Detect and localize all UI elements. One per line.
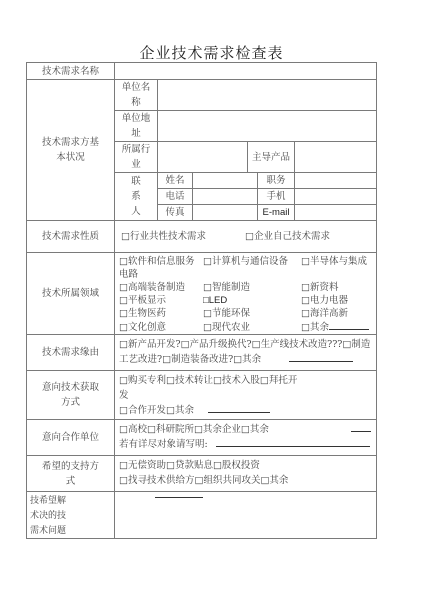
reason-line-1[interactable]: □新产品开发?□产品升级换代?□生产线技术改造???□制造 xyxy=(119,337,372,352)
label-demand-nature: 技术需求性质 xyxy=(26,220,115,253)
label-industry: 所属行业 xyxy=(114,141,158,173)
label-contact-mobile: 手机 xyxy=(257,188,295,205)
partner-line-1[interactable]: □高校□科研院所□其余企业□其余 xyxy=(119,424,269,435)
checkbox-semiconductor[interactable]: □半导体与集成 xyxy=(301,255,367,268)
other-reason-line[interactable] xyxy=(289,352,353,362)
tech-problem-field[interactable] xyxy=(114,491,377,539)
reason-line-2[interactable]: 工艺改进?□制造装备改进?□其余 xyxy=(119,354,261,365)
other-partner-line[interactable] xyxy=(351,422,371,432)
form-title: 企业技术需求检查表 xyxy=(0,42,423,63)
checkbox-high-end-equipment[interactable]: □高端装备制造 xyxy=(119,281,203,294)
label-tech-field: 技术所属领域 xyxy=(26,252,115,335)
contact-name-field[interactable] xyxy=(192,172,258,189)
label-partner: 意向合作单位 xyxy=(26,419,115,456)
checkbox-flat-display[interactable]: □平板显示 xyxy=(119,294,203,307)
contact-mobile-field[interactable] xyxy=(294,188,377,205)
label-unit-name: 单位名称 xyxy=(114,79,158,111)
unit-address-field[interactable] xyxy=(157,110,377,142)
label-unit-address: 单位地址 xyxy=(114,110,158,142)
acquire-line-1[interactable]: □购买专利□技术转让□技术入股□拜托开 xyxy=(119,373,372,388)
field-options: □软件和信息服务□计算机与通信设备□半导体与集成 电路 □高端装备制造□智能制造… xyxy=(114,252,377,335)
unit-name-field[interactable] xyxy=(157,79,377,111)
label-contact-title: 职务 xyxy=(257,172,295,189)
label-demand-name: 技术需求名称 xyxy=(26,62,115,80)
reason-options: □新产品开发?□产品升级换代?□生产线技术改造???□制造 工艺改进?□制造装备… xyxy=(114,334,377,371)
checkbox-biomedicine[interactable]: □生物医药 xyxy=(119,307,203,320)
label-basic-info: 技术需求方基本状况 xyxy=(26,79,115,221)
other-field-line[interactable] xyxy=(329,320,369,330)
partner-options: □高校□科研院所□其余企业□其余 若有详尽对象请写明: xyxy=(114,419,377,456)
acquire-options: □购买专利□技术转让□技术入股□拜托开 发 □合作开发□其余 xyxy=(114,370,377,420)
label-contact-fax: 传真 xyxy=(157,204,193,221)
support-line-1[interactable]: □无偿资助□贷款贴息□股权投资 xyxy=(119,458,372,473)
label-main-product: 主导产品 xyxy=(247,141,295,173)
support-options: □无偿资助□贷款贴息□股权投资 □找寻技术供给方□组织共同攻关□其余 xyxy=(114,455,377,492)
contact-phone-field[interactable] xyxy=(192,188,258,205)
support-line-2[interactable]: □找寻技术供给方□组织共同攻关□其余 xyxy=(119,475,288,486)
contact-email-field[interactable] xyxy=(294,204,377,221)
acquire-line-3[interactable]: □合作开发□其余 xyxy=(119,405,194,416)
other-acquire-line[interactable] xyxy=(208,403,270,413)
industry-field[interactable] xyxy=(157,141,248,173)
partner-detail-line[interactable] xyxy=(216,437,370,447)
checkbox-industry-common[interactable]: □行业共性技术需求 xyxy=(121,229,245,244)
contact-title-field[interactable] xyxy=(294,172,377,189)
checkbox-led[interactable]: □LED xyxy=(203,294,301,307)
checkbox-software[interactable]: □软件和信息服务 xyxy=(119,255,203,268)
label-contact: 联系人 xyxy=(114,172,158,221)
label-contact-email: E-mail xyxy=(257,204,295,221)
checkbox-marine-tech[interactable]: □海洋高新 xyxy=(301,307,348,320)
checkbox-smart-mfg[interactable]: □智能制造 xyxy=(203,281,301,294)
checkbox-new-materials[interactable]: □新资料 xyxy=(301,281,338,294)
acquire-line-2: 发 xyxy=(119,388,372,403)
demand-name-field[interactable] xyxy=(114,62,377,80)
contact-fax-field[interactable] xyxy=(192,204,258,221)
checkbox-other-field[interactable]: □其余 xyxy=(301,321,329,334)
partner-line-2: 若有详尽对象请写明: xyxy=(119,439,208,450)
label-support-method: 希望的支持方式 xyxy=(26,455,115,492)
label-contact-phone: 电话 xyxy=(157,188,193,205)
checkbox-modern-agri[interactable]: □现代农业 xyxy=(203,321,301,334)
label-demand-reason: 技术需求缘由 xyxy=(26,334,115,371)
checkbox-culture-creative[interactable]: □文化创意 xyxy=(119,321,203,334)
nature-options: □行业共性技术需求 □企业自己技术需求 xyxy=(114,220,377,253)
main-product-field[interactable] xyxy=(294,141,377,173)
label-acquire-method: 意向技术获取方式 xyxy=(26,370,115,420)
checkbox-enterprise-own[interactable]: □企业自己技术需求 xyxy=(245,229,330,244)
label-tech-problem: 技希望解术决的技需术问题 xyxy=(26,491,115,539)
checkbox-energy-env[interactable]: □节能环保 xyxy=(203,307,301,320)
checkbox-power-electric[interactable]: □电力电器 xyxy=(301,294,348,307)
checkbox-computer-comm[interactable]: □计算机与通信设备 xyxy=(203,255,301,268)
label-contact-name: 姓名 xyxy=(157,172,193,189)
